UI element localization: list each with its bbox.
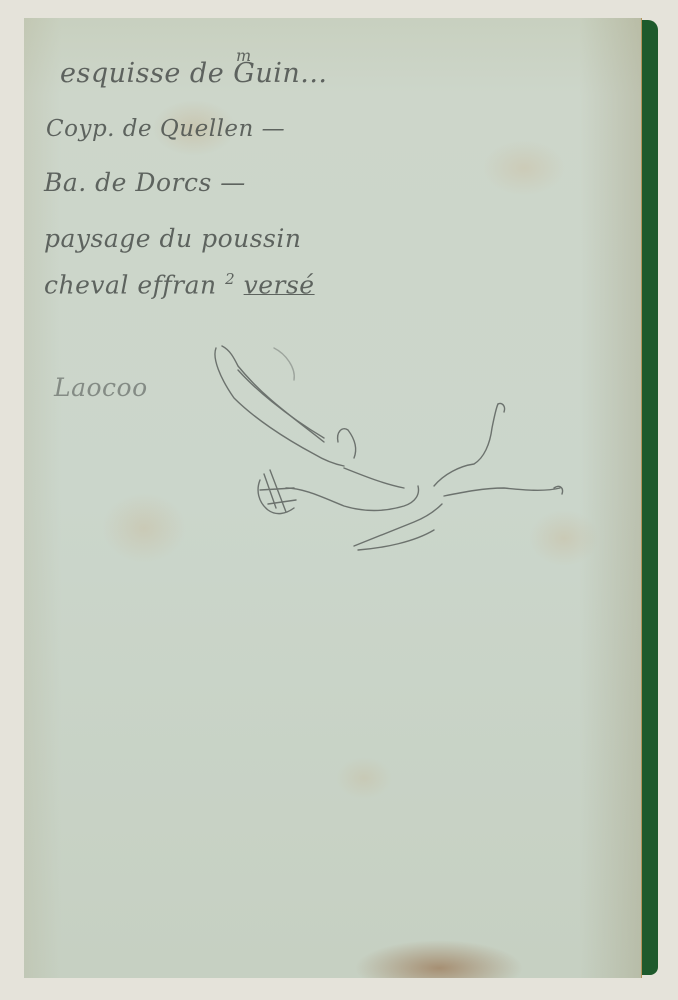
figure-sketch [24,18,641,978]
sketchbook-page: esquisse de Guin... m Coyp. de Quellen —… [24,18,642,978]
